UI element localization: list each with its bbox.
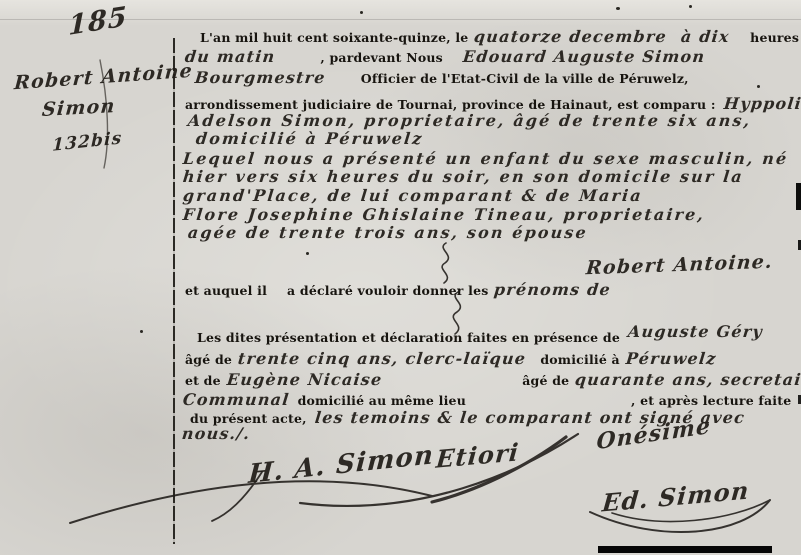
printed-text: a déclaré vouloir donner les — [287, 283, 488, 298]
handwritten-text: grand'Place, de lui comparant & de Maria — [182, 186, 644, 205]
handwritten-text: Auguste Géry — [627, 322, 764, 341]
margin-divider-line — [173, 38, 175, 544]
child-given-names: Robert Antoine. — [585, 251, 774, 280]
handwritten-text: Flore Josephine Ghislaine Tineau, propri… — [182, 205, 706, 224]
handwritten-text: quarante ans, secretaire — [574, 370, 801, 389]
printed-text: âgé de — [522, 373, 569, 388]
printed-text: , pardevant Nous — [320, 50, 443, 65]
printed-text: L'an mil huit cent soixante-quinze, le — [200, 30, 468, 45]
act-line-birth-place: grand'Place, de lui comparant & de Maria — [183, 186, 643, 205]
ink-speck — [360, 11, 363, 14]
printed-text: Les dites présentation et déclaration fa… — [197, 330, 620, 345]
scan-black-bar — [598, 546, 772, 553]
printed-text: âgé de — [185, 352, 232, 367]
printed-text: , et après lecture faite — [631, 393, 791, 408]
ink-speck — [757, 85, 760, 88]
ink-speck — [140, 330, 143, 333]
handwritten-text: domicilié à Péruwelz — [195, 129, 424, 148]
handwritten-text: à dix — [680, 27, 731, 46]
handwritten-text: du matin — [184, 47, 276, 66]
handwritten-text: Lequel nous a présenté un enfant du sexe… — [182, 149, 789, 168]
act-line-closing: nous./. — [182, 424, 250, 443]
handwritten-text: Péruwelz — [625, 349, 718, 368]
handwritten-text: trente cinq ans, clerc-laïque — [237, 349, 527, 368]
act-line-naming: et auquel il a déclaré vouloir donner le… — [185, 280, 611, 299]
act-line-mother-age: agée de trente trois ans, son épouse — [188, 223, 588, 242]
signature-officer: Ed. Simon — [601, 475, 751, 517]
printed-text: et auquel il — [185, 283, 267, 298]
printed-text: Officier de l'Etat-Civil de la ville de … — [361, 71, 689, 86]
printed-text: domicilié au même lieu — [298, 393, 466, 408]
act-line-date: L'an mil huit cent soixante-quinze, le q… — [200, 27, 799, 46]
handwritten-text: agée de trente trois ans, son épouse — [187, 223, 589, 242]
act-line-birth-time: hier vers six heures du soir, en son dom… — [183, 167, 744, 186]
act-line-residence: domicilié à Péruwelz — [196, 129, 424, 148]
margin-child-firstnames: Robert Antoine — [13, 60, 193, 95]
printed-text: arrondissement judiciaire de Tournai, pr… — [185, 97, 716, 112]
printed-text: et de — [185, 373, 221, 388]
act-line-witness2-residence: Communal domicilié au même lieu , et apr… — [183, 390, 791, 409]
printed-text: heures — [750, 30, 799, 45]
handwritten-text: prénoms de — [493, 280, 612, 299]
act-line-declarant: Adelson Simon, proprietaire, âgé de tren… — [188, 111, 751, 130]
scan-edge-mark — [796, 183, 801, 210]
handwritten-text: nous./. — [181, 424, 251, 443]
civil-register-page: 185 Robert Antoine Simon 132bis L'an mil… — [0, 0, 801, 555]
handwritten-text: Edouard Auguste Simon — [462, 47, 706, 66]
ink-speck — [616, 7, 620, 10]
signature-declarant: H. A. Simon — [247, 440, 435, 490]
act-line-witness1: âgé de trente cinq ans, clerc-laïque dom… — [185, 349, 716, 368]
act-line-witness2: et de Eugène Nicaise âgé de quarante ans… — [185, 370, 801, 389]
printed-text: domicilié à — [540, 352, 620, 367]
ink-speck — [306, 252, 309, 255]
act-line-witness-intro: Les dites présentation et déclaration fa… — [197, 327, 763, 346]
handwritten-text: quatorze decembre — [473, 27, 668, 46]
handwritten-text: Adelson Simon, proprietaire, âgé de tren… — [187, 111, 752, 130]
act-line-presentation: Lequel nous a présenté un enfant du sexe… — [183, 149, 788, 168]
squiggle-flourish — [442, 243, 448, 283]
signature-witness1: Etiori — [435, 437, 521, 474]
margin-folio-number: 132bis — [52, 128, 123, 156]
act-number: 185 — [68, 1, 128, 42]
ink-speck — [689, 5, 692, 8]
handwritten-text: Bourgmestre — [194, 68, 327, 87]
handwritten-text: Eugène Nicaise — [226, 370, 383, 389]
handwritten-text: Communal — [182, 390, 291, 409]
act-line-title: Bourgmestre Officier de l'Etat-Civil de … — [195, 68, 689, 87]
act-line-officer: du matin , pardevant Nous Edouard August… — [185, 47, 705, 66]
handwritten-text: hier vers six heures du soir, en son dom… — [182, 167, 745, 186]
margin-child-surname: Simon — [41, 95, 116, 121]
act-line-mother-name: Flore Josephine Ghislaine Tineau, propri… — [183, 205, 705, 224]
